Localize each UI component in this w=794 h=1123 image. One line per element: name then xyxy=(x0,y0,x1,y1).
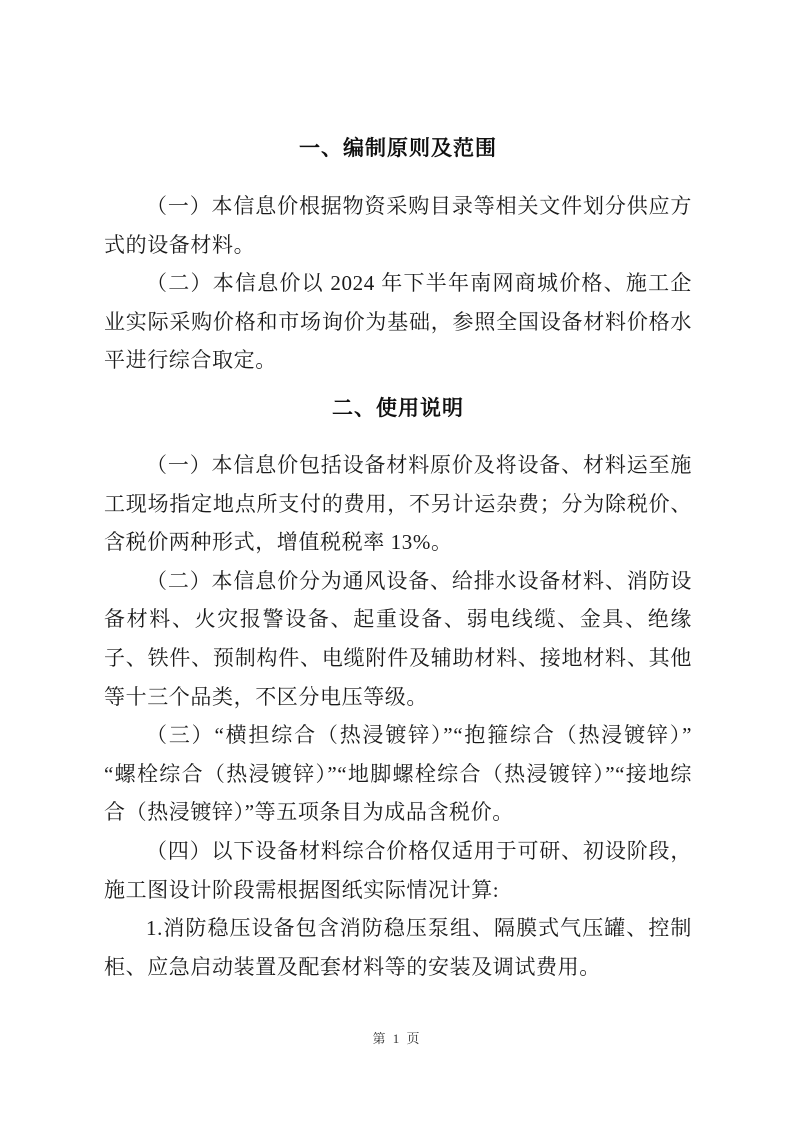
section-2-paragraph-2: （二）本信息价分为通风设备、给排水设备材料、消防设备材料、火灾报警设备、起重设备… xyxy=(104,562,692,716)
section-1-paragraph-1: （一）本信息价根据物资采购目录等相关文件划分供应方式的设备材料。 xyxy=(104,187,692,264)
section-2-body: （一）本信息价包括设备材料原价及将设备、材料运至施工现场指定地点所支付的费用，不… xyxy=(104,446,692,986)
section-1-paragraph-2: （二）本信息价以 2024 年下半年南网商城价格、施工企业实际采购价格和市场询价… xyxy=(104,264,692,380)
section-2-heading: 二、使用说明 xyxy=(104,394,692,424)
section-1-heading: 一、编制原则及范围 xyxy=(104,134,692,164)
section-2-paragraph-4: （四）以下设备材料综合价格仅适用于可研、初设阶段，施工图设计阶段需根据图纸实际情… xyxy=(104,832,692,909)
section-1-body: （一）本信息价根据物资采购目录等相关文件划分供应方式的设备材料。 （二）本信息价… xyxy=(104,187,692,380)
section-2-paragraph-1: （一）本信息价包括设备材料原价及将设备、材料运至施工现场指定地点所支付的费用，不… xyxy=(104,446,692,562)
page-number: 第 1 页 xyxy=(0,1028,794,1047)
section-2-paragraph-3: （三）“横担综合（热浸镀锌）”“抱箍综合（热浸镀锌）”“螺栓综合（热浸镀锌）”“… xyxy=(104,716,692,832)
section-2-paragraph-5: 1.消防稳压设备包含消防稳压泵组、隔膜式气压罐、控制柜、应急启动装置及配套材料等… xyxy=(104,909,692,986)
document-content: 一、编制原则及范围 （一）本信息价根据物资采购目录等相关文件划分供应方式的设备材… xyxy=(104,0,692,986)
document-page: 一、编制原则及范围 （一）本信息价根据物资采购目录等相关文件划分供应方式的设备材… xyxy=(0,0,794,1123)
